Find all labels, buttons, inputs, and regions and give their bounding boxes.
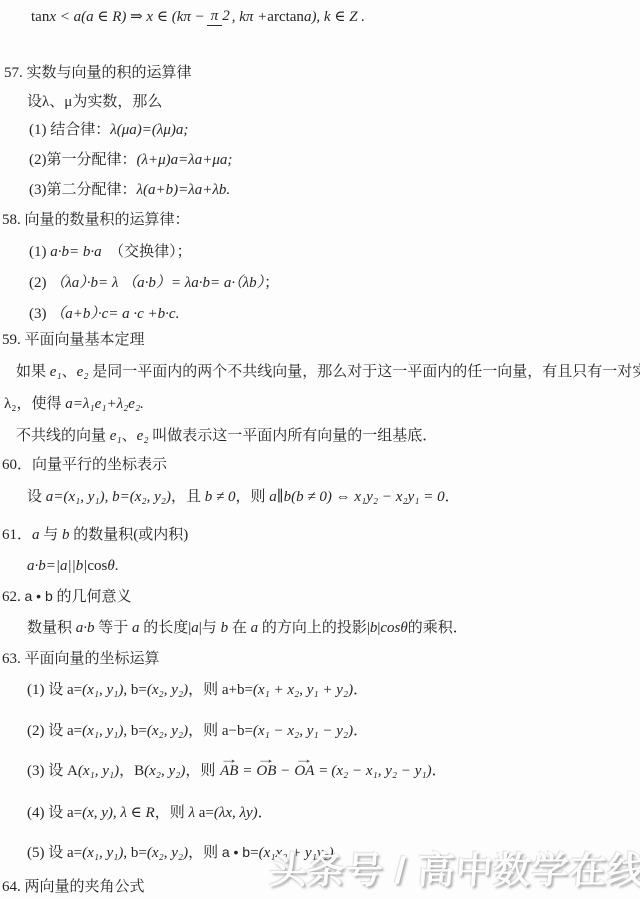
text-segment: a·b= b·a [50, 244, 101, 260]
text-segment: e₁ [50, 364, 62, 380]
text-segment: ，则 [235, 489, 269, 505]
section-63-item: (4) 设 a=(x, y), λ ∈ R，则 λ a=(λx, λy)． [27, 804, 273, 823]
text-segment: 62. [2, 589, 25, 605]
text-segment: (1) 结合律： [29, 122, 110, 138]
fraction-denominator: 2 [222, 7, 230, 24]
text-segment: ． [353, 682, 368, 698]
section-58-item: (2) （λa）·b= λ （a·b）= λa·b= a·（λb）； [29, 274, 279, 293]
text-segment: (x, y), λ ∈ R [82, 805, 155, 821]
section-58-title: 58. 向量的数量积的运算律： [2, 211, 190, 230]
text-segment: (1) [29, 244, 50, 260]
vector-arrow-icon: → [249, 752, 284, 767]
text-segment: λ(μa)=(λμ)a; [110, 122, 188, 138]
text-segment: 不共线的向量 [16, 428, 110, 444]
text-segment: tan [31, 8, 49, 27]
text-segment: a=(x₁, y₁), b=(x₂, y₂) [46, 489, 171, 505]
text-segment: (x₂, y₂) [147, 723, 188, 739]
text-segment: 61． [2, 527, 32, 543]
text-segment: ，则 a+b= [188, 682, 253, 698]
text-segment: e₂ [137, 428, 149, 444]
vector-arrow-icon: → [287, 752, 322, 767]
section-57-intro: 设λ、μ为实数，那么 [27, 93, 162, 112]
text-segment: 数量积 [27, 620, 76, 636]
text-segment: ，则 [188, 845, 222, 861]
text-segment: a • b [222, 844, 250, 860]
text-segment: 的数量积(或内积) [70, 527, 189, 543]
text-segment: 64. 两向量的夹角公式 [2, 879, 145, 895]
section-59-para: 不共线的向量 e₁、e₂ 叫做表示这一平面内所有向量的一组基底． [16, 427, 437, 446]
text-segment: (x₂, y₂) [147, 682, 188, 698]
text-segment: (2) 设 a= [27, 723, 82, 739]
text-segment: cos [87, 558, 107, 574]
text-segment: 在 [228, 620, 251, 636]
section-63-item: (3) 设 A(x₁, y₁)，B(x₂, y₂)，则 AB→ = OB→ − … [27, 762, 447, 781]
section-57-title: 57. 实数与向量的积的运算律 [4, 64, 192, 83]
text-segment: , b= [123, 845, 146, 861]
text-segment: θ [107, 558, 114, 574]
section-59-para: λ₂，使得 a=λ₁e₁+λ₂e₂. [4, 395, 144, 414]
section-62-title: 62. a • b 的几何意义 [2, 588, 132, 607]
text-segment: , b= [123, 723, 146, 739]
section-58-item: (3) （a+b）·c= a ·c +b·c. [29, 305, 179, 324]
section-57-item: (2)第一分配律：(λ+μ)a=λa+μa; [29, 151, 232, 170]
text-segment: cosθ [380, 620, 407, 636]
section-63-item: (1) 设 a=(x₁, y₁), b=(x₂, y₂)，则 a+b=(x₁ +… [27, 681, 368, 700]
text-segment: (x₂ − x₁, y₂ − y₁) [331, 763, 431, 779]
fraction-numerator: π [207, 8, 223, 26]
text-segment: ，则 a−b= [188, 723, 253, 739]
vector-arrow-icon: → [213, 752, 246, 767]
text-segment: (3) 设 A [27, 763, 78, 779]
text-segment: (1) 设 a= [27, 682, 82, 698]
section-61-formula: a·b=|a||b|cosθ. [27, 557, 119, 576]
text-segment: ，B [119, 763, 144, 779]
text-segment: , b= [123, 682, 146, 698]
text-segment: (5) 设 a= [27, 845, 82, 861]
text-segment: （a+b）·c= a ·c +b·c. [50, 306, 179, 322]
text-segment: arctan [267, 8, 304, 27]
text-segment: (2)第一分配律： [29, 152, 137, 168]
text-segment: e₂ [77, 364, 89, 380]
text-segment: (x₁, y₁) [82, 723, 123, 739]
text-segment: ． [445, 489, 460, 505]
text-segment: = [250, 845, 258, 861]
text-segment: ． [258, 805, 273, 821]
text-segment: a [191, 620, 199, 636]
section-63-item: (2) 设 a=(x₁, y₁), b=(x₂, y₂)，则 a−b=(x₁ −… [27, 722, 368, 741]
text-segment: 的长度| [140, 620, 192, 636]
text-segment: b [62, 527, 70, 543]
text-segment: (3) [29, 306, 50, 322]
text-segment: a [251, 620, 259, 636]
text-segment: (λ+μ)a=λa+μa; [137, 152, 233, 168]
text-segment: (x₁, y₁) [82, 845, 123, 861]
text-segment: a • b [25, 588, 53, 604]
text-segment: (x₂, y₂) [147, 845, 188, 861]
section-61-title: 61．a 与 b 的数量积(或内积) [2, 526, 188, 545]
text-segment: 与 [40, 527, 63, 543]
text-segment: (x₁ − x₂, y₁ − y₂) [253, 723, 353, 739]
toutiao-watermark: 头条号 / 高中数学在线 [268, 840, 640, 894]
text-segment: 59. 平面向量基本定理 [2, 332, 145, 348]
text-segment: ． [353, 723, 368, 739]
text-segment: (4) 设 a= [27, 805, 82, 821]
section-62-para: 数量积 a·b 等于 a 的长度|a|与 b 在 a 的方向上的投影|b|cos… [27, 619, 468, 638]
text-segment: a [132, 620, 140, 636]
text-segment: (x₁, y₁) [82, 682, 123, 698]
text-segment: 设 [27, 489, 46, 505]
text-segment: (x₂, y₂) [144, 763, 185, 779]
text-segment: ． [432, 763, 447, 779]
text-segment: （交换律）； [102, 244, 192, 260]
text-segment: (λx, λy) [214, 805, 258, 821]
text-segment: (2) [29, 275, 50, 291]
text-segment: 如果 [16, 364, 50, 380]
text-segment: λ₂，使得 [4, 396, 65, 412]
text-segment: |与 [199, 620, 221, 636]
text-segment: . [115, 558, 119, 574]
text-segment: 的乘积． [408, 620, 468, 636]
text-segment: (3)第二分配律： [29, 182, 137, 198]
section-60-title: 60．向量平行的坐标表示 [2, 456, 167, 475]
text-segment: 、 [62, 364, 77, 380]
section-57-item: (1) 结合律：λ(μa)=(λμ)a; [29, 121, 188, 140]
text-segment: a [32, 527, 40, 543]
text-segment: a·b [76, 620, 95, 636]
text-segment: （λa）·b= λ （a·b）= λa·b= a·（λb） [50, 275, 264, 291]
text-segment: x < a(a ∈ R) ⇒ x ∈ (kπ − [49, 8, 204, 27]
text-segment: 设λ、μ为实数，那么 [27, 94, 162, 110]
text-segment: ，且 [171, 489, 205, 505]
text-segment: e₁ [110, 428, 122, 444]
formula-tan-inequality: tan x < a(a ∈ R) ⇒ x ∈ (kπ − π2, kπ + ar… [31, 8, 365, 27]
text-segment: 的几何意义 [53, 589, 132, 605]
text-segment: (x₁ + x₂, y₁ + y₂) [253, 682, 353, 698]
section-59-para: 如果 e₁、e₂ 是同一平面内的两个不共线向量，那么对于这一平面内的任一向量，有… [16, 363, 640, 382]
vector-symbol: AB→ [219, 763, 239, 779]
text-segment: b ≠ 0 [205, 489, 236, 505]
text-segment: 等于 [95, 620, 133, 636]
vector-symbol: OB→ [255, 763, 277, 779]
text-segment: 63. 平面向量的坐标运算 [2, 651, 160, 667]
fraction: π2 [207, 9, 230, 25]
text-segment: 是同一平面内的两个不共线向量，那么对于这一平面内的任一向量，有且只有一对实数 λ… [89, 364, 640, 380]
text-segment: a·b=|a||b| [27, 558, 87, 574]
text-segment: 58. 向量的数量积的运算律： [2, 212, 190, 228]
text-segment: a=λ₁e₁+λ₂e₂. [65, 396, 144, 412]
text-segment: a∥b(b ≠ 0) ⇔ x₁y₂ − x₂y₁ = 0 [269, 489, 444, 505]
section-59-title: 59. 平面向量基本定理 [2, 331, 145, 350]
text-segment: (x₁, y₁) [78, 763, 119, 779]
text-segment: ，则 [155, 805, 189, 821]
text-segment: ； [264, 275, 279, 291]
vector-symbol: OA→ [293, 763, 315, 779]
text-segment: , kπ + [232, 8, 268, 27]
text-segment: 的方向上的投影| [258, 620, 370, 636]
text-segment: a= [195, 805, 214, 821]
section-57-item: (3)第二分配律：λ(a+b)=λa+λb. [29, 181, 230, 200]
text-segment: a), k ∈ Z . [304, 8, 365, 27]
text-segment: 60．向量平行的坐标表示 [2, 457, 167, 473]
section-64-title: 64. 两向量的夹角公式 [2, 878, 145, 897]
text-segment: 叫做表示这一平面内所有向量的一组基底． [149, 428, 438, 444]
section-60-formula: 设 a=(x₁, y₁), b=(x₂, y₂)，且 b ≠ 0，则 a∥b(b… [27, 488, 460, 507]
text-segment: b [221, 620, 229, 636]
section-58-item: (1) a·b= b·a （交换律）； [29, 243, 192, 262]
section-63-title: 63. 平面向量的坐标运算 [2, 650, 160, 669]
document-page: tan x < a(a ∈ R) ⇒ x ∈ (kπ − π2, kπ + ar… [0, 0, 640, 899]
text-segment: 、 [122, 428, 137, 444]
text-segment: 57. 实数与向量的积的运算律 [4, 65, 192, 81]
text-segment: λ(a+b)=λa+λb. [137, 182, 231, 198]
